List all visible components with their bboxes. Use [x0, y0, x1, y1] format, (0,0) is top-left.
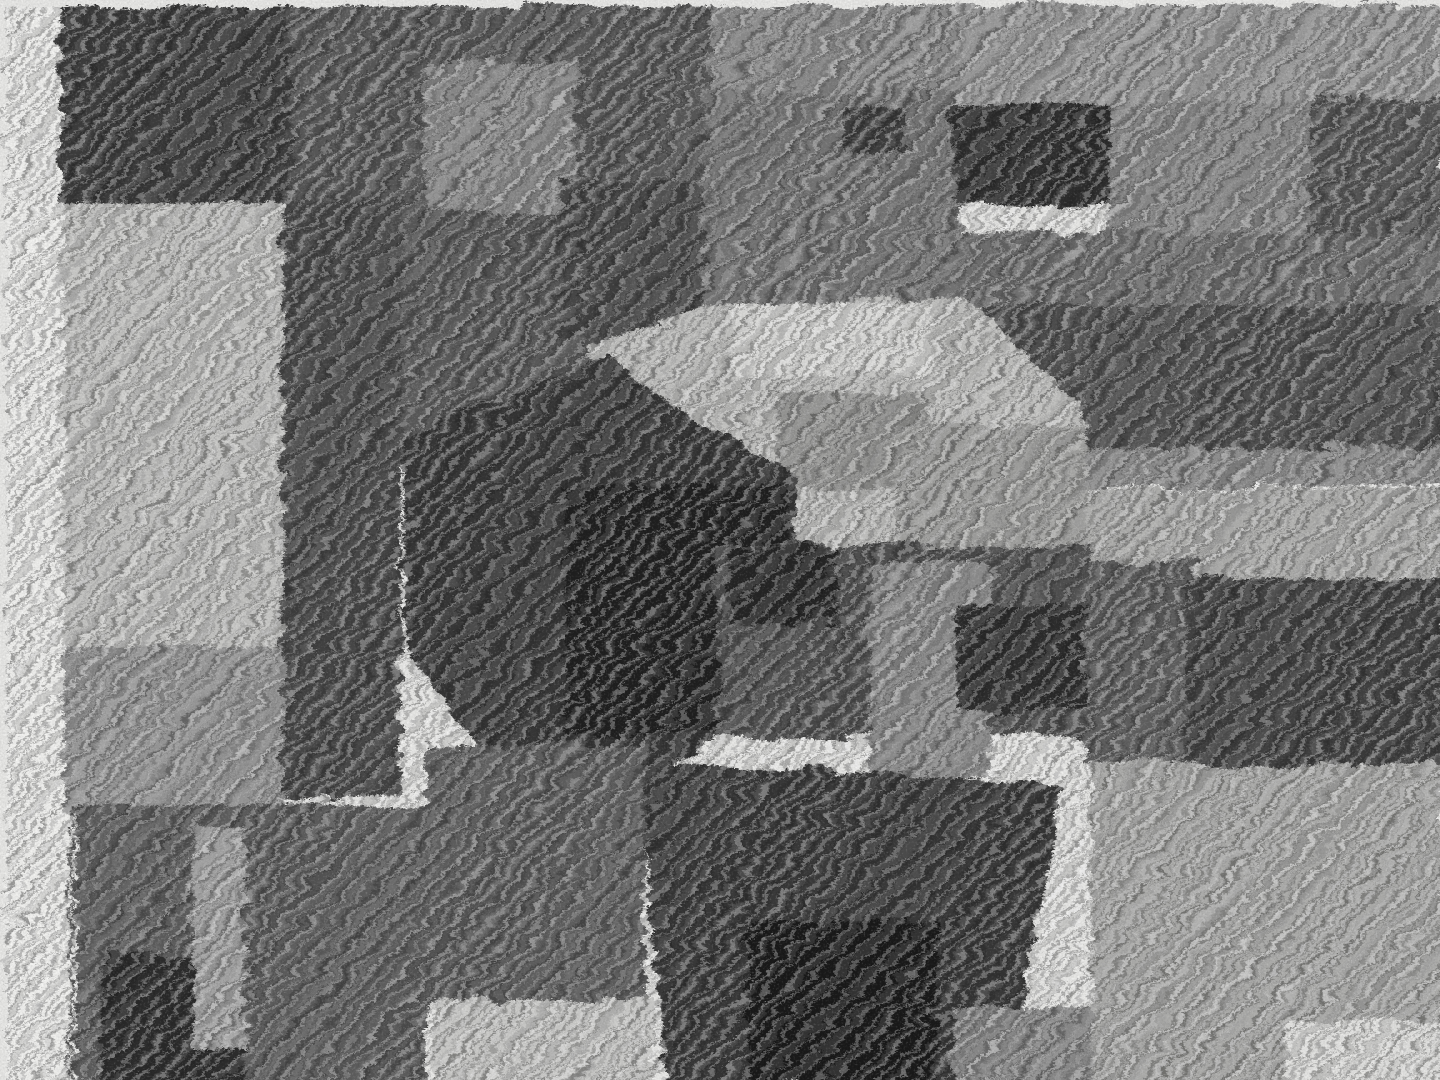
sketch-canvas — [0, 0, 1440, 1080]
white-speckle-overlay — [0, 0, 1440, 1080]
sketch-image — [0, 0, 1440, 1080]
